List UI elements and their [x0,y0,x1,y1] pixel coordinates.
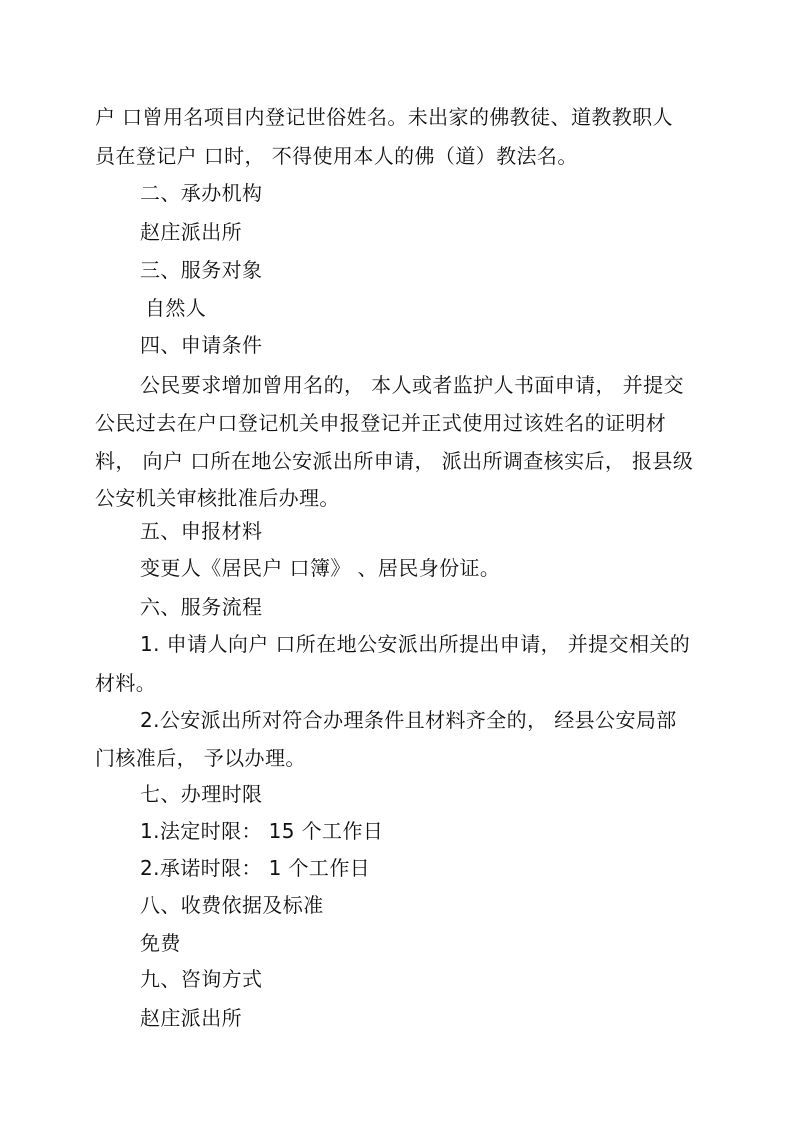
paragraph-line: 公民过去在户口登记机关申报登记并正式使用过该姓名的证明材 [95,410,666,436]
process-step-2-cont: 门核准后， 予以办理。 [95,745,306,771]
section-heading-organization: 二、承办机构 [140,180,262,206]
section-heading-materials: 五、申报材料 [140,518,262,544]
fee-value: 免费 [140,930,181,956]
promised-time-limit: 2.承诺时限： 1 个工作日 [140,855,370,881]
paragraph-line: 户 口曾用名项目内登记世俗姓名。未出家的佛教徒、道教教职人 [95,104,673,130]
paragraph-line: 公安机关审核批准后办理。 [95,485,340,511]
section-heading-process: 六、服务流程 [140,594,262,620]
process-step-1: 1. 申请人向户 口所在地公安派出所提出申请， 并提交相关的 [140,631,690,657]
section-heading-conditions: 四、申请条件 [140,332,262,358]
section-heading-service-target: 三、服务对象 [140,257,262,283]
consultation-contact: 赵庄派出所 [140,1005,242,1031]
section-heading-time-limit: 七、办理时限 [140,781,262,807]
document-page: 户 口曾用名项目内登记世俗姓名。未出家的佛教徒、道教教职人 员在登记户 口时， … [0,0,793,1122]
paragraph-line: 料， 向户 口所在地公安派出所申请， 派出所调查核实后， 报县级 [95,448,693,474]
materials-list: 变更人《居民户 口簿》 、居民身份证。 [140,555,500,581]
process-step-1-cont: 材料。 [95,670,156,696]
organization-name: 赵庄派出所 [140,219,242,245]
service-target: 自然人 [145,295,206,321]
section-heading-consultation: 九、咨询方式 [140,966,262,992]
section-heading-fees: 八、收费依据及标准 [140,892,324,918]
paragraph-line: 公民要求增加曾用名的， 本人或者监护人书面申请， 并提交 [140,372,684,398]
process-step-2: 2.公安派出所对符合办理条件且材料齐全的， 经县公安局部 [140,707,677,733]
paragraph-line: 员在登记户 口时， 不得使用本人的佛（道）教法名。 [95,143,578,169]
statutory-time-limit: 1.法定时限： 15 个工作日 [140,818,383,844]
